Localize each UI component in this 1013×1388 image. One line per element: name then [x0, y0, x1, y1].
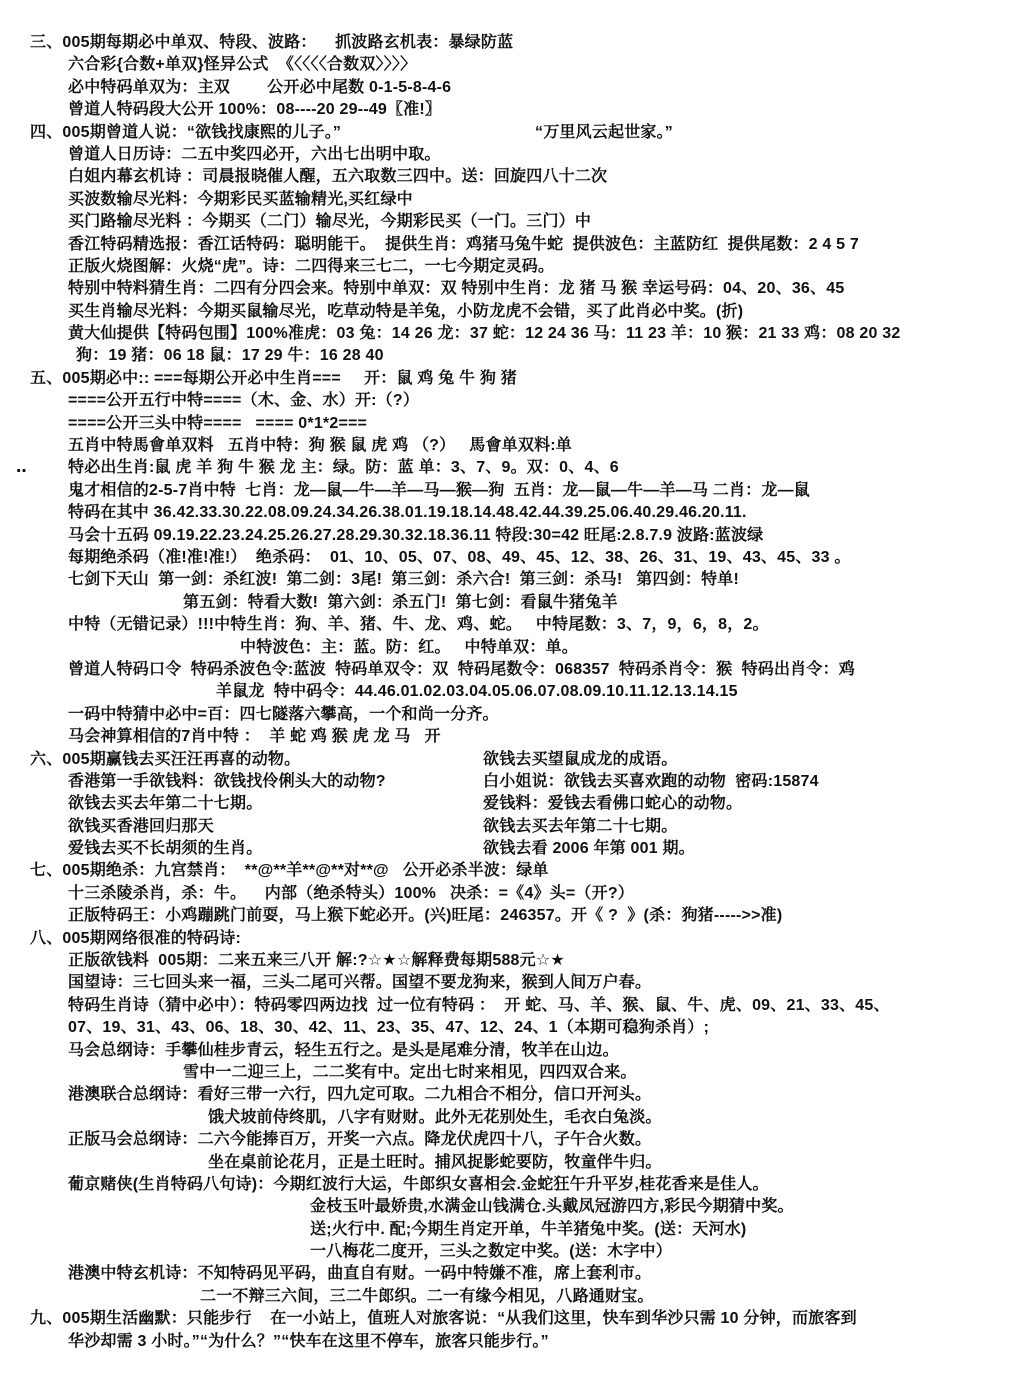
text-segment: 羊鼠龙 特中码令：44.46.01.02.03.04.05.06.07.08.0… [216, 681, 738, 703]
text-segment: ====公开五行中特====（木、金、水）开:（?） [68, 390, 419, 412]
text-line: 第五剑：特看大数! 第六剑：杀五门! 第七剑：看鼠牛猪兔羊 [0, 592, 1013, 614]
text-segment: ‥ [16, 457, 27, 479]
text-line: 四、005期曾道人说：“欲钱找康熙的儿子。”“万里风云起世家。” [0, 122, 1013, 144]
text-segment: 正版特码王：小鸡蹦跳门前耍，马上猴下蛇必开。(兴)旺尾：246357。开《 ? … [68, 905, 782, 927]
text-segment: 雪中一二迎三上，二二奖有中。定出七时来相见，四四双合来。 [183, 1062, 637, 1084]
text-line: 二一不辩三六间，三二牛郎织。二一有缘今相见，八路通财宝。 [0, 1286, 1013, 1308]
text-segment: 七、005期绝杀：九宫禁肖： **@**羊**@**对**@ 公开必杀半波：绿单 [30, 860, 549, 882]
text-line: 曾道人特码段大公开 100%：08----20 29--49〖准!〗 [0, 99, 1013, 121]
text-line: 葡京赌侠(生肖特码八句诗)：今期红波行大运，牛郎织女喜相会.金蛇狂午升平岁,桂花… [0, 1174, 1013, 1196]
text-line: 香港第一手欲钱料：欲钱找伶俐头大的动物?白小姐说：欲钱去买喜欢跑的动物 密码:1… [0, 771, 1013, 793]
text-line: 曾道人特码口令 特码杀波色令:蓝波 特码单双令：双 特码尾数令：068357 特… [0, 659, 1013, 681]
text-segment: 特必出生肖:鼠 虎 羊 狗 牛 猴 龙 主：绿。防：蓝 单：3、7、9。双：0、… [68, 457, 619, 479]
text-segment: 一码中特猜中必中=百：四七隧落六攀高，一个和尚一分齐。 [68, 704, 499, 726]
text-line: 八、005期网络很准的特码诗: [0, 928, 1013, 950]
text-line: 白姐内幕玄机诗 ：司晨报晓催人醒，五六取数三四中。送：回旋四八十二次 [0, 166, 1013, 188]
text-line: 七剑下天山 第一剑：杀红波! 第二剑：3尾! 第三剑：杀六合! 第三剑：杀马! … [0, 569, 1013, 591]
text-line: 香江特码精选报：香江话特码：聪明能干。 提供生肖：鸡猪马兔牛蛇 提供波色：主蓝防… [0, 234, 1013, 256]
text-line: 必中特码单双为：主双 公开必中尾数 0-1-5-8-4-6 [0, 77, 1013, 99]
text-line: 一码中特猜中必中=百：四七隧落六攀高，一个和尚一分齐。 [0, 704, 1013, 726]
text-segment: 特别中特料猜生肖：二四有分四会来。特别中单双：双 特别中生肖：龙 猪 马 猴 幸… [68, 278, 844, 300]
text-line: 六合彩{合数+单双}怪异公式 《〈〈〈〈合数双〉〉〉〉 [0, 54, 1013, 76]
text-line: 羊鼠龙 特中码令：44.46.01.02.03.04.05.06.07.08.0… [0, 681, 1013, 703]
text-line: 正版特码王：小鸡蹦跳门前耍，马上猴下蛇必开。(兴)旺尾：246357。开《 ? … [0, 905, 1013, 927]
text-segment: 一八梅花二度开，三头之数定中奖。(送：木字中） [310, 1241, 672, 1263]
text-line: ====公开三头中特==== ==== 0*1*2=== [0, 413, 1013, 435]
text-segment: 正版马会总纲诗：二六今能捧百万，开奖一六点。降龙伏虎四十八，子午合火数。 [68, 1129, 651, 1151]
text-segment: 欲钱去买望鼠成龙的成语。 [483, 749, 677, 771]
text-line: 港澳中特玄机诗：不知特码见平码，曲直自有财。一码中特嫌不准，席上套利市。 [0, 1263, 1013, 1285]
text-line: ====公开五行中特====（木、金、水）开:（?） [0, 390, 1013, 412]
text-segment: 买生肖输尽光料：今期买鼠输尽光，吃草动特是羊兔，小防龙虎不会错，买了此肖必中奖。… [68, 301, 743, 323]
text-segment: 坐在桌前论花月，正是土旺时。捕风捉影蛇要防，牧童伴牛归。 [208, 1152, 662, 1174]
text-segment: 港澳联合总纲诗：看好三带一六行，四九定可取。二九相合不相分，信口开河头。 [68, 1084, 651, 1106]
text-line: 雪中一二迎三上，二二奖有中。定出七时来相见，四四双合来。 [0, 1062, 1013, 1084]
text-segment: 正版火烧图解：火烧“虎”。诗：二四得来三七二，一七今期定灵码。 [68, 256, 554, 278]
text-segment: 狗：19 猪：06 18 鼠：17 29 牛：16 28 40 [76, 345, 384, 367]
text-line: 欲钱去买去年第二十七期。爱钱料：爱钱去看佛口蛇心的动物。 [0, 793, 1013, 815]
text-line: 中特波色：主：蓝。防：红。 中特单双：单。 [0, 637, 1013, 659]
text-line: 三、005期每期必中单双、特段、波路： 抓波路玄机表：暴绿防蓝 [0, 32, 1013, 54]
text-line: 饿犬坡前侍终肌，八字有财财。此外无花别处生，毛衣白兔淡。 [0, 1107, 1013, 1129]
text-line: 马会神算相信的7肖中特 ： 羊 蛇 鸡 猴 虎 龙 马 开 [0, 726, 1013, 748]
text-line: 特码在其中 36.42.33.30.22.08.09.24.34.26.38.0… [0, 502, 1013, 524]
text-line: 特别中特料猜生肖：二四有分四会来。特别中单双：双 特别中生肖：龙 猪 马 猴 幸… [0, 278, 1013, 300]
text-segment: 七剑下天山 第一剑：杀红波! 第二剑：3尾! 第三剑：杀六合! 第三剑：杀马! … [68, 569, 739, 591]
text-segment: “万里风云起世家。” [535, 122, 673, 144]
text-line: 买波数输尽光料：今期彩民买蓝输精光,买红绿中 [0, 189, 1013, 211]
text-segment: 马会总纲诗：手攀仙桂步青云，轻生五行之。是头是尾难分清，牧羊在山边。 [68, 1040, 619, 1062]
text-segment: 每期绝杀码（准!准!准!） 绝杀码： 01、10、05、07、08、49、45、… [68, 547, 851, 569]
text-segment: 欲钱买香港回归那天 [68, 816, 214, 838]
text-segment: 欲钱去买去年第二十七期。 [68, 793, 262, 815]
text-line: 六、005期赢钱去买汪汪再喜的动物。欲钱去买望鼠成龙的成语。 [0, 749, 1013, 771]
text-segment: 爱钱料：爱钱去看佛口蛇心的动物。 [483, 793, 742, 815]
text-line: 每期绝杀码（准!准!准!） 绝杀码： 01、10、05、07、08、49、45、… [0, 547, 1013, 569]
text-line: 华沙却需 3 小时。”“为什么？”“快车在这里不停车，旅客只能步行。” [0, 1331, 1013, 1353]
text-segment: 中特（无错记录）!!!中特生肖：狗、羊、猪、牛、龙、鸡、蛇。 中特尾数：3、7，… [68, 614, 769, 636]
text-segment: 马会神算相信的7肖中特 ： 羊 蛇 鸡 猴 虎 龙 马 开 [68, 726, 441, 748]
text-line: 特码生肖诗（猜中必中）：特码零四两边找 过一位有特码 ： 开 蛇、马、羊、猴、鼠… [0, 995, 1013, 1017]
document-content: 三、005期每期必中单双、特段、波路： 抓波路玄机表：暴绿防蓝六合彩{合数+单双… [0, 32, 1013, 1353]
text-segment: 九、005期生活幽默：只能步行 在一小站上，值班人对旅客说：“从我们这里，快车到… [30, 1308, 857, 1330]
text-segment: 五肖中特馬會单双料 五肖中特：狗 猴 鼠 虎 鸡 （?） 馬會单双料:单 [68, 435, 572, 457]
text-segment: 二一不辩三六间，三二牛郎织。二一有缘今相见，八路通财宝。 [200, 1286, 654, 1308]
text-line: 鬼才相信的2-5-7肖中特 七肖：龙—鼠—牛—羊—马—猴—狗 五肖：龙—鼠—牛—… [0, 480, 1013, 502]
text-segment: 华沙却需 3 小时。”“为什么？”“快车在这里不停车，旅客只能步行。” [68, 1331, 549, 1353]
text-segment: 国望诗：三七回头来一福，三头二尾可兴帮。国望不要龙狗来，猴到人间万户春。 [68, 972, 651, 994]
text-line: 中特（无错记录）!!!中特生肖：狗、羊、猪、牛、龙、鸡、蛇。 中特尾数：3、7，… [0, 614, 1013, 636]
text-segment: 欲钱去买去年第二十七期。 [483, 816, 677, 838]
text-segment: 特码生肖诗（猜中必中）：特码零四两边找 过一位有特码 ： 开 蛇、马、羊、猴、鼠… [68, 995, 890, 1017]
text-segment: 买波数输尽光料：今期彩民买蓝输精光,买红绿中 [68, 189, 413, 211]
text-segment: 香港第一手欲钱料：欲钱找伶俐头大的动物? [68, 771, 386, 793]
text-line: 爱钱去买不长胡须的生肖。欲钱去看 2006 年第 001 期。 [0, 838, 1013, 860]
text-segment: 五、005期必中:: ===每期公开必中生肖=== 开：鼠 鸡 兔 牛 狗 猪 [30, 368, 517, 390]
text-segment: 送;火行中. 配;今期生肖定开单，牛羊猪兔中奖。(送：天河水) [310, 1219, 746, 1241]
text-segment: 爱钱去买不长胡须的生肖。 [68, 838, 262, 860]
text-line: 正版马会总纲诗：二六今能捧百万，开奖一六点。降龙伏虎四十八，子午合火数。 [0, 1129, 1013, 1151]
text-segment: 六合彩{合数+单双}怪异公式 《〈〈〈〈合数双〉〉〉〉 [68, 54, 416, 76]
text-segment: 六、005期赢钱去买汪汪再喜的动物。 [30, 749, 300, 771]
text-segment: 特码在其中 36.42.33.30.22.08.09.24.34.26.38.0… [68, 502, 747, 524]
text-segment: 黄大仙提供【特码包围】100%准虎：03 兔：14 26 龙：37 蛇：12 2… [68, 323, 900, 345]
text-segment: 中特波色：主：蓝。防：红。 中特单双：单。 [240, 637, 578, 659]
text-line: 九、005期生活幽默：只能步行 在一小站上，值班人对旅客说：“从我们这里，快车到… [0, 1308, 1013, 1330]
text-segment: 马会十五码 09.19.22.23.24.25.26.27.28.29.30.3… [68, 525, 763, 547]
text-segment: 买门路输尽光料 ：今期买（二门）输尽光，今期彩民买（一门。三门）中 [68, 211, 591, 233]
text-segment: 四、005期曾道人说：“欲钱找康熙的儿子。” [30, 122, 341, 144]
text-segment: 欲钱去看 2006 年第 001 期。 [483, 838, 695, 860]
text-line: 曾道人日历诗：二五中奖四必开，六出七出明中取。 [0, 144, 1013, 166]
text-line: 五、005期必中:: ===每期公开必中生肖=== 开：鼠 鸡 兔 牛 狗 猪 [0, 368, 1013, 390]
text-line: 马会总纲诗：手攀仙桂步青云，轻生五行之。是头是尾难分清，牧羊在山边。 [0, 1040, 1013, 1062]
text-line: 国望诗：三七回头来一福，三头二尾可兴帮。国望不要龙狗来，猴到人间万户春。 [0, 972, 1013, 994]
text-line: 狗：19 猪：06 18 鼠：17 29 牛：16 28 40 [0, 345, 1013, 367]
text-segment: 香江特码精选报：香江话特码：聪明能干。 提供生肖：鸡猪马兔牛蛇 提供波色：主蓝防… [68, 234, 859, 256]
text-line: ‥特必出生肖:鼠 虎 羊 狗 牛 猴 龙 主：绿。防：蓝 单：3、7、9。双：0… [0, 457, 1013, 479]
text-line: 一八梅花二度开，三头之数定中奖。(送：木字中） [0, 1241, 1013, 1263]
text-line: 金枝玉叶最娇贵,水满金山钱满仓.头戴凤冠游四方,彩民今期猜中奖。 [0, 1196, 1013, 1218]
text-segment: 港澳中特玄机诗：不知特码见平码，曲直自有财。一码中特嫌不准，席上套利市。 [68, 1263, 651, 1285]
text-line: 买门路输尽光料 ：今期买（二门）输尽光，今期彩民买（一门。三门）中 [0, 211, 1013, 233]
text-segment: 金枝玉叶最娇贵,水满金山钱满仓.头戴凤冠游四方,彩民今期猜中奖。 [310, 1196, 794, 1218]
text-segment: 八、005期网络很准的特码诗: [30, 928, 241, 950]
text-segment: 十三杀陵杀肖，杀：牛。 内部（绝杀特头）100% 决杀：=《4》头=（开?） [68, 883, 634, 905]
text-line: 07、19、31、43、06、18、30、42、11、23、35、47、12、2… [0, 1017, 1013, 1039]
text-line: 买生肖输尽光料：今期买鼠输尽光，吃草动特是羊兔，小防龙虎不会错，买了此肖必中奖。… [0, 301, 1013, 323]
text-segment: 正版欲钱料 005期：二来五来三八开 解:?☆★☆解释费每期588元☆★ [68, 950, 565, 972]
text-segment: 曾道人特码口令 特码杀波色令:蓝波 特码单双令：双 特码尾数令：068357 特… [68, 659, 855, 681]
text-segment: 白小姐说：欲钱去买喜欢跑的动物 密码:15874 [483, 771, 819, 793]
text-line: 七、005期绝杀：九宫禁肖： **@**羊**@**对**@ 公开必杀半波：绿单 [0, 860, 1013, 882]
text-segment: 曾道人日历诗：二五中奖四必开，六出七出明中取。 [68, 144, 441, 166]
text-line: 马会十五码 09.19.22.23.24.25.26.27.28.29.30.3… [0, 525, 1013, 547]
text-line: 港澳联合总纲诗：看好三带一六行，四九定可取。二九相合不相分，信口开河头。 [0, 1084, 1013, 1106]
text-line: 五肖中特馬會单双料 五肖中特：狗 猴 鼠 虎 鸡 （?） 馬會单双料:单 [0, 435, 1013, 457]
text-segment: 白姐内幕玄机诗 ：司晨报晓催人醒，五六取数三四中。送：回旋四八十二次 [68, 166, 607, 188]
text-line: 欲钱买香港回归那天欲钱去买去年第二十七期。 [0, 816, 1013, 838]
text-segment: 饿犬坡前侍终肌，八字有财财。此外无花别处生，毛衣白兔淡。 [208, 1107, 662, 1129]
text-segment: 三、005期每期必中单双、特段、波路： 抓波路玄机表：暴绿防蓝 [30, 32, 513, 54]
text-line: 坐在桌前论花月，正是土旺时。捕风捉影蛇要防，牧童伴牛归。 [0, 1152, 1013, 1174]
document-page: 三、005期每期必中单双、特段、波路： 抓波路玄机表：暴绿防蓝六合彩{合数+单双… [0, 0, 1013, 1388]
text-segment: 鬼才相信的2-5-7肖中特 七肖：龙—鼠—牛—羊—马—猴—狗 五肖：龙—鼠—牛—… [68, 480, 810, 502]
text-segment: 必中特码单双为：主双 公开必中尾数 0-1-5-8-4-6 [68, 77, 451, 99]
text-line: 黄大仙提供【特码包围】100%准虎：03 兔：14 26 龙：37 蛇：12 2… [0, 323, 1013, 345]
text-segment: ====公开三头中特==== ==== 0*1*2=== [68, 413, 367, 435]
text-segment: 第五剑：特看大数! 第六剑：杀五门! 第七剑：看鼠牛猪兔羊 [183, 592, 618, 614]
text-segment: 07、19、31、43、06、18、30、42、11、23、35、47、12、2… [68, 1017, 709, 1039]
text-line: 正版欲钱料 005期：二来五来三八开 解:?☆★☆解释费每期588元☆★ [0, 950, 1013, 972]
text-line: 送;火行中. 配;今期生肖定开单，牛羊猪兔中奖。(送：天河水) [0, 1219, 1013, 1241]
text-line: 正版火烧图解：火烧“虎”。诗：二四得来三七二，一七今期定灵码。 [0, 256, 1013, 278]
text-line: 十三杀陵杀肖，杀：牛。 内部（绝杀特头）100% 决杀：=《4》头=（开?） [0, 883, 1013, 905]
text-segment: 葡京赌侠(生肖特码八句诗)：今期红波行大运，牛郎织女喜相会.金蛇狂午升平岁,桂花… [68, 1174, 769, 1196]
text-segment: 曾道人特码段大公开 100%：08----20 29--49〖准!〗 [68, 99, 441, 121]
